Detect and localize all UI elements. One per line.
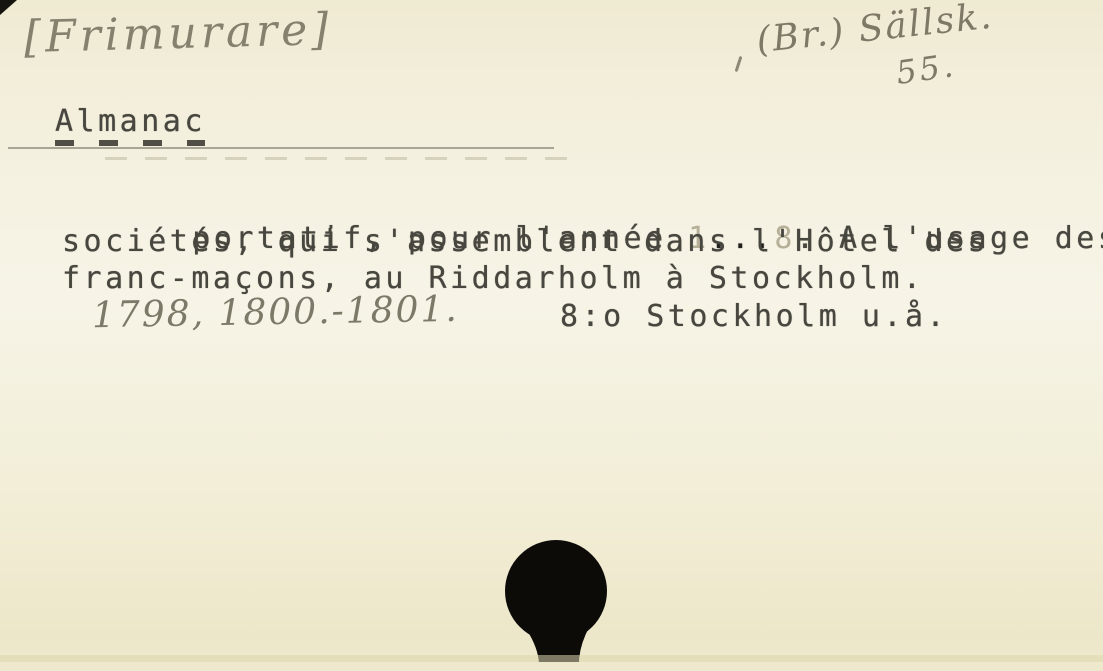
card-bottom-margin bbox=[0, 662, 1103, 671]
catalog-card: [Frimurare] (Br.) Sällsk. 55. Almanac po… bbox=[0, 0, 1103, 671]
card-bottom-edge-shadow bbox=[0, 655, 1103, 662]
keyhole-punch-icon bbox=[0, 0, 1103, 671]
